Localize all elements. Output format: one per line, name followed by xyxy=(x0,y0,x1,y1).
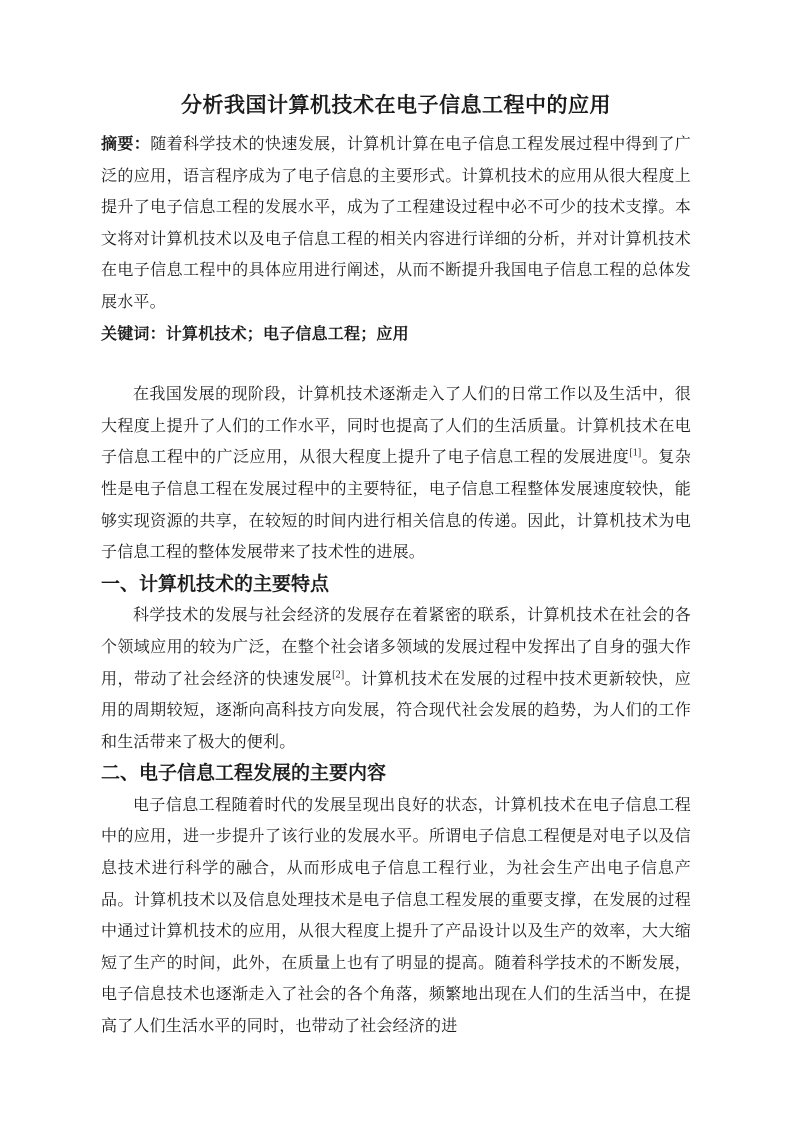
document-page: 分析我国计算机技术在电子信息工程中的应用 摘要：随着科学技术的快速发展，计算机计… xyxy=(0,0,793,1122)
abstract-label: 摘要： xyxy=(101,136,150,153)
page-title: 分析我国计算机技术在电子信息工程中的应用 xyxy=(101,90,691,120)
footnote-ref-1: [1] xyxy=(629,448,641,459)
abstract-text: 随着科学技术的快速发展，计算机计算在电子信息工程发展过程中得到了广泛的应用，语言… xyxy=(101,136,691,311)
intro-text-part1: 在我国发展的现阶段，计算机技术逐渐走入了人们的日常工作以及生活中，很大程度上提升… xyxy=(101,386,691,466)
section-2-heading: 二、电子信息工程发展的主要内容 xyxy=(101,758,691,790)
abstract-paragraph: 摘要：随着科学技术的快速发展，计算机计算在电子信息工程发展过程中得到了广泛的应用… xyxy=(101,129,691,319)
footnote-ref-2: [2] xyxy=(332,669,344,680)
section-1-heading: 一、计算机技术的主要特点 xyxy=(101,569,691,601)
section-2-paragraph: 电子信息工程随着时代的发展呈现出良好的状态，计算机技术在电子信息工程中的应用，进… xyxy=(101,790,691,1043)
intro-paragraph: 在我国发展的现阶段，计算机技术逐渐走入了人们的日常工作以及生活中，很大程度上提升… xyxy=(101,379,691,569)
section-1-paragraph: 科学技术的发展与社会经济的发展存在着紧密的联系，计算机技术在社会的各个领域应用的… xyxy=(101,600,691,758)
keywords-line: 关键词：计算机技术；电子信息工程；应用 xyxy=(101,319,691,351)
blank-line-spacer xyxy=(101,350,691,379)
